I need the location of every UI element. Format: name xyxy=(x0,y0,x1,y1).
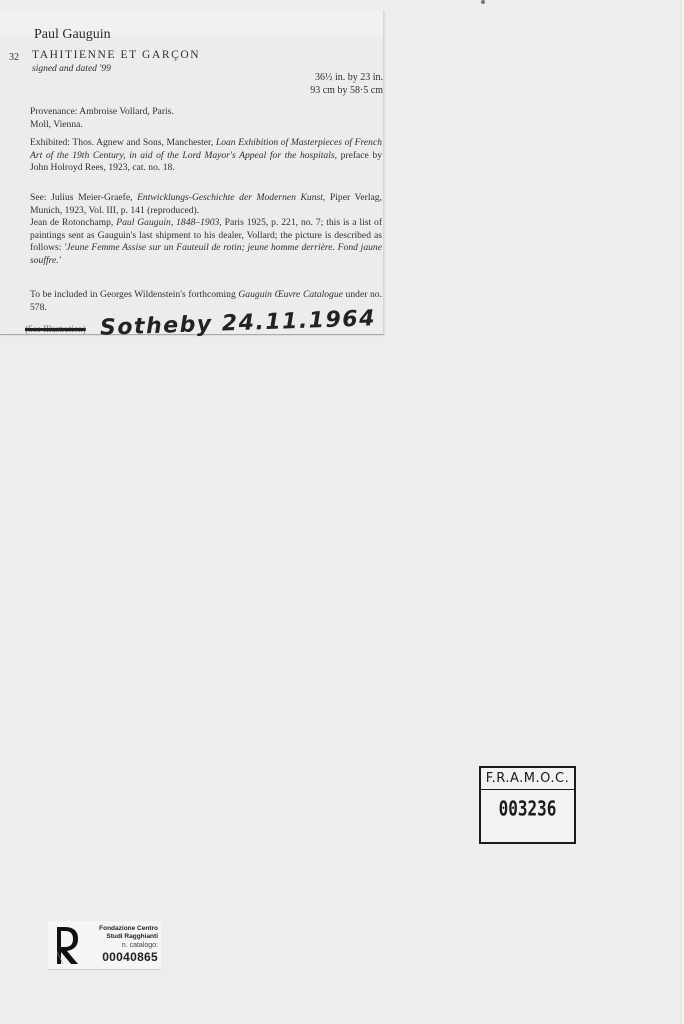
provenance-line: Moll, Vienna. xyxy=(30,119,83,130)
lot-number: 32 xyxy=(9,52,19,63)
literature-author: Julius Meier-Graefe, xyxy=(51,192,132,203)
wildenstein-catalogue-title: Gauguin Œuvre Catalogue xyxy=(238,289,343,300)
struck-see-illustration: (See Illustration) xyxy=(25,324,86,334)
label-catalogue-number: 00040865 xyxy=(88,950,158,964)
provenance-label: Provenance: xyxy=(30,106,77,117)
label-institution-line1: Fondazione Centro xyxy=(88,925,158,933)
stamp-number: 003236 xyxy=(481,796,574,821)
dimensions-cm: 93 cm by 58·5 cm xyxy=(260,84,383,97)
label-text: Fondazione Centro Studi Ragghianti n. ca… xyxy=(88,925,158,964)
wildenstein-text: To be included in Georges Wildenstein's … xyxy=(30,289,236,300)
exhibited-section: Exhibited: Thos. Agnew and Sons, Manches… xyxy=(30,137,382,175)
provenance-section: Provenance: Ambroise Vollard, Paris. Mol… xyxy=(30,106,382,131)
literature-author: Jean de Rotonchamp, xyxy=(30,217,113,228)
staple-mark xyxy=(481,0,485,4)
framoc-stamp: F.R.A.M.O.C. 003236 xyxy=(479,766,576,844)
artist-name: Paul Gauguin xyxy=(34,27,111,43)
exhibited-label: Exhibited: xyxy=(30,137,70,148)
signed-note: signed and dated '99 xyxy=(32,64,111,74)
page-edge xyxy=(680,0,684,1024)
archive-label: Fondazione Centro Studi Ragghianti n. ca… xyxy=(48,921,161,970)
catalogue-clipping: Paul Gauguin 32 TAHITIENNE ET GARÇON sig… xyxy=(0,10,384,335)
label-institution-line2: Studi Ragghianti xyxy=(88,933,158,941)
dimensions: 36½ in. by 23 in. 93 cm by 58·5 cm xyxy=(260,71,383,97)
literature-quote: 'Jeune Femme Assise sur un Fauteuil de r… xyxy=(30,242,382,266)
literature-title: Entwicklungs-Geschichte der Modernen Kun… xyxy=(137,192,325,203)
literature-title: Paul Gauguin, 1848–1903, xyxy=(116,217,221,228)
stamp-header: F.R.A.M.O.C. xyxy=(481,768,574,790)
literature-section: See: Julius Meier-Graefe, Entwicklungs-G… xyxy=(30,192,382,268)
label-catalogue-caption: n. catalogo: xyxy=(88,941,158,950)
dimensions-inches: 36½ in. by 23 in. xyxy=(260,71,383,84)
exhibited-venue: Thos. Agnew and Sons, Manchester, xyxy=(72,137,213,148)
artwork-title: TAHITIENNE ET GARÇON xyxy=(32,49,200,61)
see-label: See: xyxy=(30,192,47,203)
provenance-line: Ambroise Vollard, Paris. xyxy=(79,106,174,117)
ragghianti-logo-icon xyxy=(54,924,82,966)
